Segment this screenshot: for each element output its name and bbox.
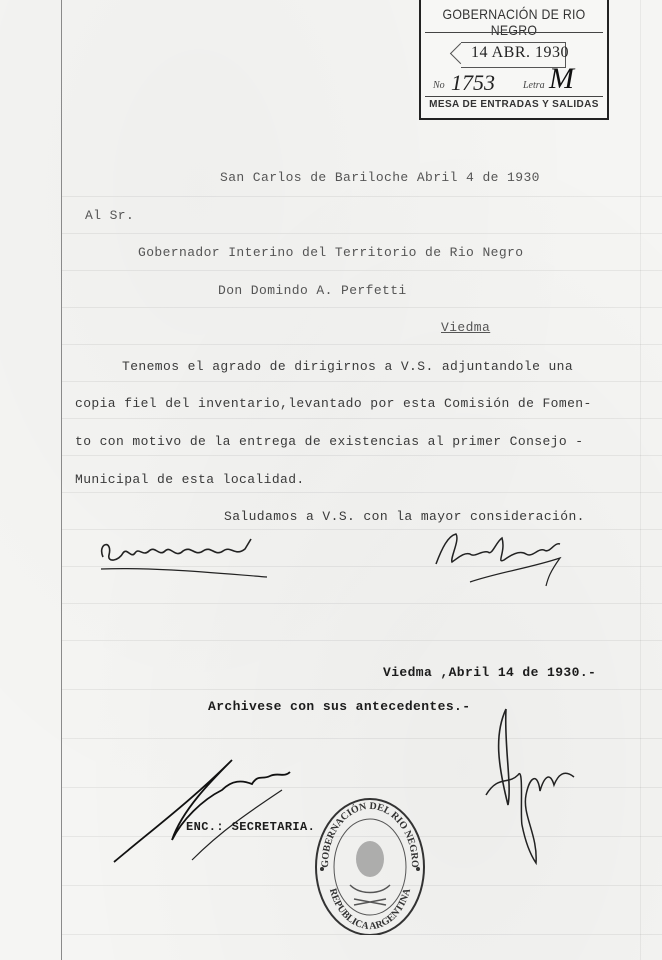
ruled-line — [62, 381, 662, 382]
endorsement-place-date: Viedma ,Abril 14 de 1930.- — [383, 665, 596, 680]
right-rule — [640, 0, 641, 960]
ruled-line — [62, 689, 662, 690]
body-line: copia fiel del inventario,levantado por … — [75, 396, 592, 411]
stamp-footer: MESA DE ENTRADAS Y SALIDAS — [425, 99, 603, 110]
ruled-line — [62, 307, 662, 308]
letter-closing: Saludamos a V.S. con la mayor considerac… — [224, 509, 585, 524]
addressee-title: Gobernador Interino del Territorio de Ri… — [138, 245, 523, 260]
endorsement-instruction: Archivese con sus antecedentes.- — [208, 699, 470, 714]
ruled-line — [62, 196, 662, 197]
document-page: GOBERNACIÓN DE RIO NEGRO 14 ABR. 1930 No… — [0, 0, 662, 960]
letter-place-date: San Carlos de Bariloche Abril 4 de 1930 — [220, 170, 540, 185]
ruled-line — [62, 455, 662, 456]
signature-governor — [478, 705, 588, 865]
stamp-number-label: No — [433, 80, 445, 91]
stamp-number: 1753 — [451, 70, 495, 96]
body-line: Tenemos el agrado de dirigirnos a V.S. a… — [122, 359, 573, 374]
stamp-divider — [425, 32, 603, 33]
margin-line — [61, 0, 62, 960]
ruled-line — [62, 418, 662, 419]
stamp-date: 14 ABR. 1930 — [471, 44, 569, 62]
stamp-letter: M — [549, 62, 574, 96]
body-line: to con motivo de la entrega de existenci… — [75, 434, 583, 449]
reception-stamp: GOBERNACIÓN DE RIO NEGRO 14 ABR. 1930 No… — [419, 0, 609, 120]
signature-right — [430, 528, 580, 588]
signature-secretary — [112, 750, 302, 870]
ruled-line — [62, 270, 662, 271]
body-line: Municipal de esta localidad. — [75, 472, 305, 487]
secretary-label: ENC.: SECRETARIA. — [186, 820, 315, 834]
addressee-city: Viedma — [441, 320, 490, 335]
stamp-title: GOBERNACIÓN DE RIO NEGRO — [437, 6, 590, 38]
ruled-line — [62, 344, 662, 345]
stamp-letter-label: Letra — [523, 80, 545, 91]
ruled-line — [62, 492, 662, 493]
ruled-line — [62, 603, 662, 604]
ruled-line — [62, 640, 662, 641]
signature-left — [95, 533, 275, 583]
stamp-divider — [425, 96, 603, 97]
ruled-line — [62, 233, 662, 234]
official-seal: GOBERNACIÓN DEL RIO NEGRO REPUBLICA ARGE… — [314, 795, 426, 935]
addressee-name: Don Domindo A. Perfetti — [218, 283, 407, 298]
letter-salutation: Al Sr. — [85, 208, 134, 223]
